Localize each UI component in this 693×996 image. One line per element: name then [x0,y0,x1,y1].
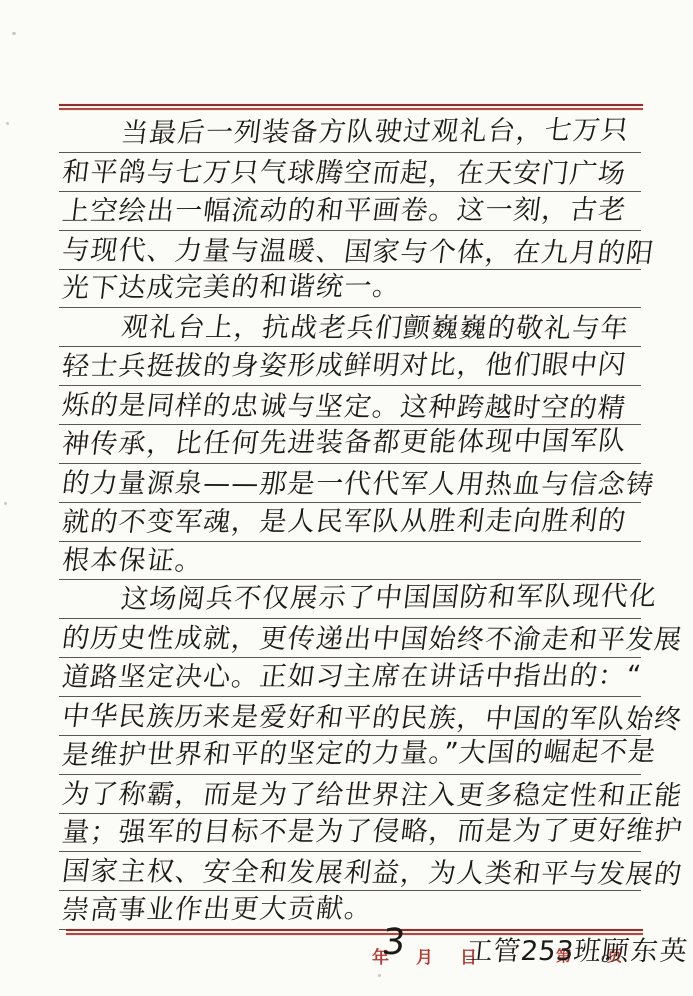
essay-line: 的历史性成就，更传递出中国始终不渝走和平发展 [59,618,641,658]
essay-line: 神传承，比任何先进装备都更能体现中国军队 [59,424,641,464]
essay-line: 根本保证。 [59,541,641,581]
essay-line: 这场阅兵不仅展示了中国国防和军队现代化 [59,579,641,619]
paper-speck [6,122,9,125]
month-label: 月 [416,943,433,968]
essay-line-text: 的力量源泉——那是一代代军人用热血与信念铸 [60,466,657,504]
essay-line: 和平鸽与七万只气球腾空而起，在天安门广场 [59,152,641,192]
essay-line: 光下达成完美的和谐统一。 [59,269,641,309]
top-margin-rule [59,104,643,110]
essay-line: 国家主权、安全和发展利益，为人类和平与发展的 [59,851,641,891]
essay-line-text: 崇高事业作出更大贡献。 [60,891,375,929]
essay-line: 当最后一列装备方队驶过观礼台，七万只 [59,113,641,153]
essay-line-text: 为了称霸，而是为了给世界注入更多稳定性和正能 [60,777,685,815]
essay-line-text: 光下达成完美的和谐统一。 [60,269,403,307]
essay-line: 道路坚定决心。正如习主席在讲话中指出的：“ [59,657,641,697]
essay-line-text: 根本保证。 [60,543,206,580]
essay-line-text: 轻士兵挺拔的身姿形成鲜明对比，他们眼中闪 [60,348,629,385]
paper-speck [12,32,16,35]
essay-line: 烁的是同样的忠诚与坚定。这种跨越时空的精 [59,385,641,425]
essay-line: 量；强军的目标不是为了侵略，而是为了更好维护 [59,813,641,853]
essay-line-text: 这场阅兵不仅展示了中国国防和军队现代化 [119,579,659,618]
essay-line: 就的不变军魂，是人民军队从胜利走向胜利的 [59,502,641,542]
paper-speck [4,502,7,505]
essay-line-text: 当最后一列装备方队驶过观礼台，七万只 [119,113,631,152]
essay-line-text: 就的不变军魂，是人民军队从胜利走向胜利的 [60,503,629,540]
essay-line: 观礼台上，抗战老兵们颤巍巍的敬礼与年 [59,307,641,347]
essay-line-text: 烁的是同样的忠诚与坚定。这种跨越时空的精 [60,388,628,427]
essay-line-text: 和平鸽与七万只气球腾空而起，在天安门广场 [60,155,628,192]
essay-line: 是维护世界和平的坚定的力量。”大国的崛起不是 [59,735,641,775]
essay-line-text: 上空绘出一幅流动的和平画卷。这一刻，古老 [60,192,629,229]
essay-line-text: 国家主权、安全和发展利益，为人类和平与发展的 [60,854,685,893]
essay-line-text: 中华民族历来是爱好和平的民族，中国的军队始终 [60,699,685,738]
essay-line-text: 是维护世界和平的坚定的力量。”大国的崛起不是 [60,734,659,774]
essay-line: 为了称霸，而是为了给世界注入更多稳定性和正能 [59,774,641,814]
essay-line-text: 的历史性成就，更传递出中国始终不渝走和平发展 [60,621,685,659]
handwritten-month-value: 3 [380,922,407,963]
essay-line-text: 量；强军的目标不是为了侵略，而是为了更好维护 [60,814,685,852]
essay-line-text: 神传承，比任何先进装备都更能体现中国军队 [60,423,629,462]
essay-line: 与现代、力量与温暖、国家与个体，在九月的阳 [59,230,641,270]
essay-line: 上空绘出一幅流动的和平画卷。这一刻，古老 [59,191,641,231]
essay-line: 崇高事业作出更大贡献。 [59,890,641,930]
essay-line-text: 道路坚定决心。正如习主席在讲话中指出的：“ [60,658,644,696]
essay-line-text: 与现代、力量与温暖、国家与个体，在九月的阳 [60,233,656,272]
essay-line: 中华民族历来是爱好和平的民族，中国的军队始终 [59,696,641,736]
handwritten-name-value: 顾东英 [600,929,691,968]
footer-dateline: 年 3 月 日 第 页 工管253班。 顾东英 [0,926,693,986]
notebook-page: 当最后一列装备方队驶过观礼台，七万只和平鸽与七万只气球腾空而起，在天安门广场上空… [0,0,693,996]
essay-line-text: 观礼台上，抗战老兵们颤巍巍的敬礼与年 [119,310,631,347]
essay-line: 的力量源泉——那是一代代军人用热血与信念铸 [59,463,641,503]
essay-line: 轻士兵挺拔的身姿形成鲜明对比，他们眼中闪 [59,346,641,386]
